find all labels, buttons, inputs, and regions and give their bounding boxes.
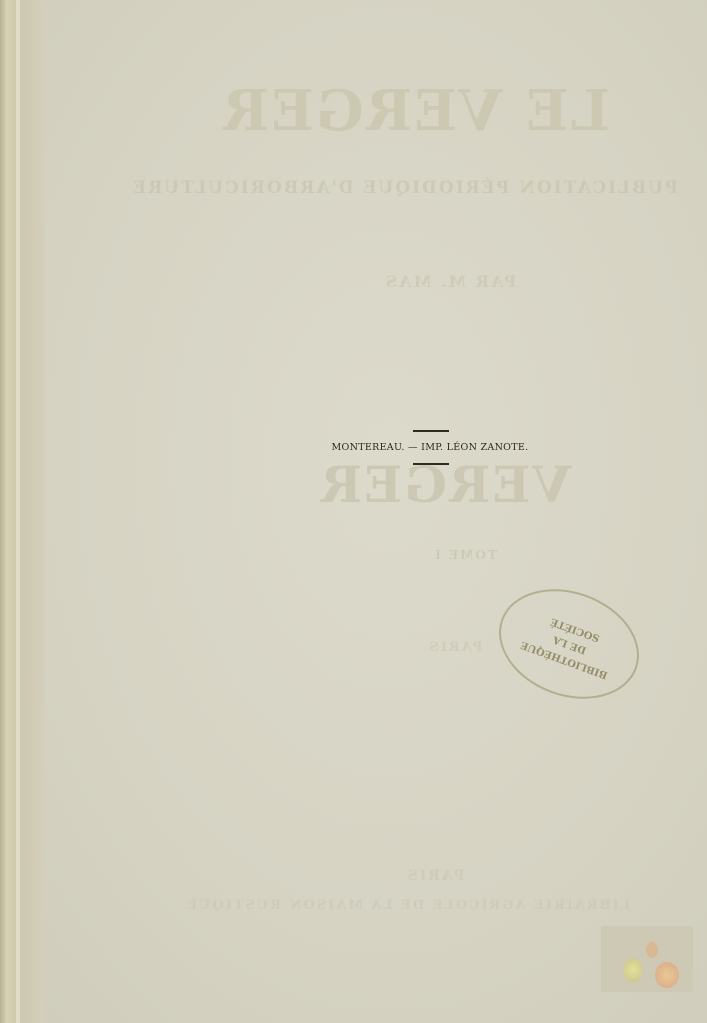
fruit-icon xyxy=(646,942,658,958)
bleed-through-title: LE VERGER xyxy=(270,78,610,144)
printer-imprint: MONTEREAU. — IMP. LÉON ZANOTE. xyxy=(300,442,560,453)
page-gutter xyxy=(20,0,44,1023)
bleed-through-city: PARIS xyxy=(400,868,470,884)
scanned-page: LE VERGER PUBLICATION PÉRIODIQUE D'ARBOR… xyxy=(0,0,707,1023)
bleed-through-author: PAR M. MAS xyxy=(335,272,565,291)
bleed-through-subtitle: PUBLICATION PÉRIODIQUE D'ARBORICULTURE xyxy=(178,178,678,198)
pear-icon xyxy=(624,958,642,982)
apple-icon xyxy=(655,962,679,988)
top-rule xyxy=(413,430,449,432)
bottom-rule xyxy=(413,463,449,465)
bleed-through-tome: TOME I xyxy=(420,548,510,562)
page-edge xyxy=(6,0,16,1023)
fruit-thumbnail-watermark xyxy=(601,926,693,992)
bleed-through-address: LIBRAIRIE AGRICOLE DE LA MAISON RUSTIQUE xyxy=(260,898,630,913)
